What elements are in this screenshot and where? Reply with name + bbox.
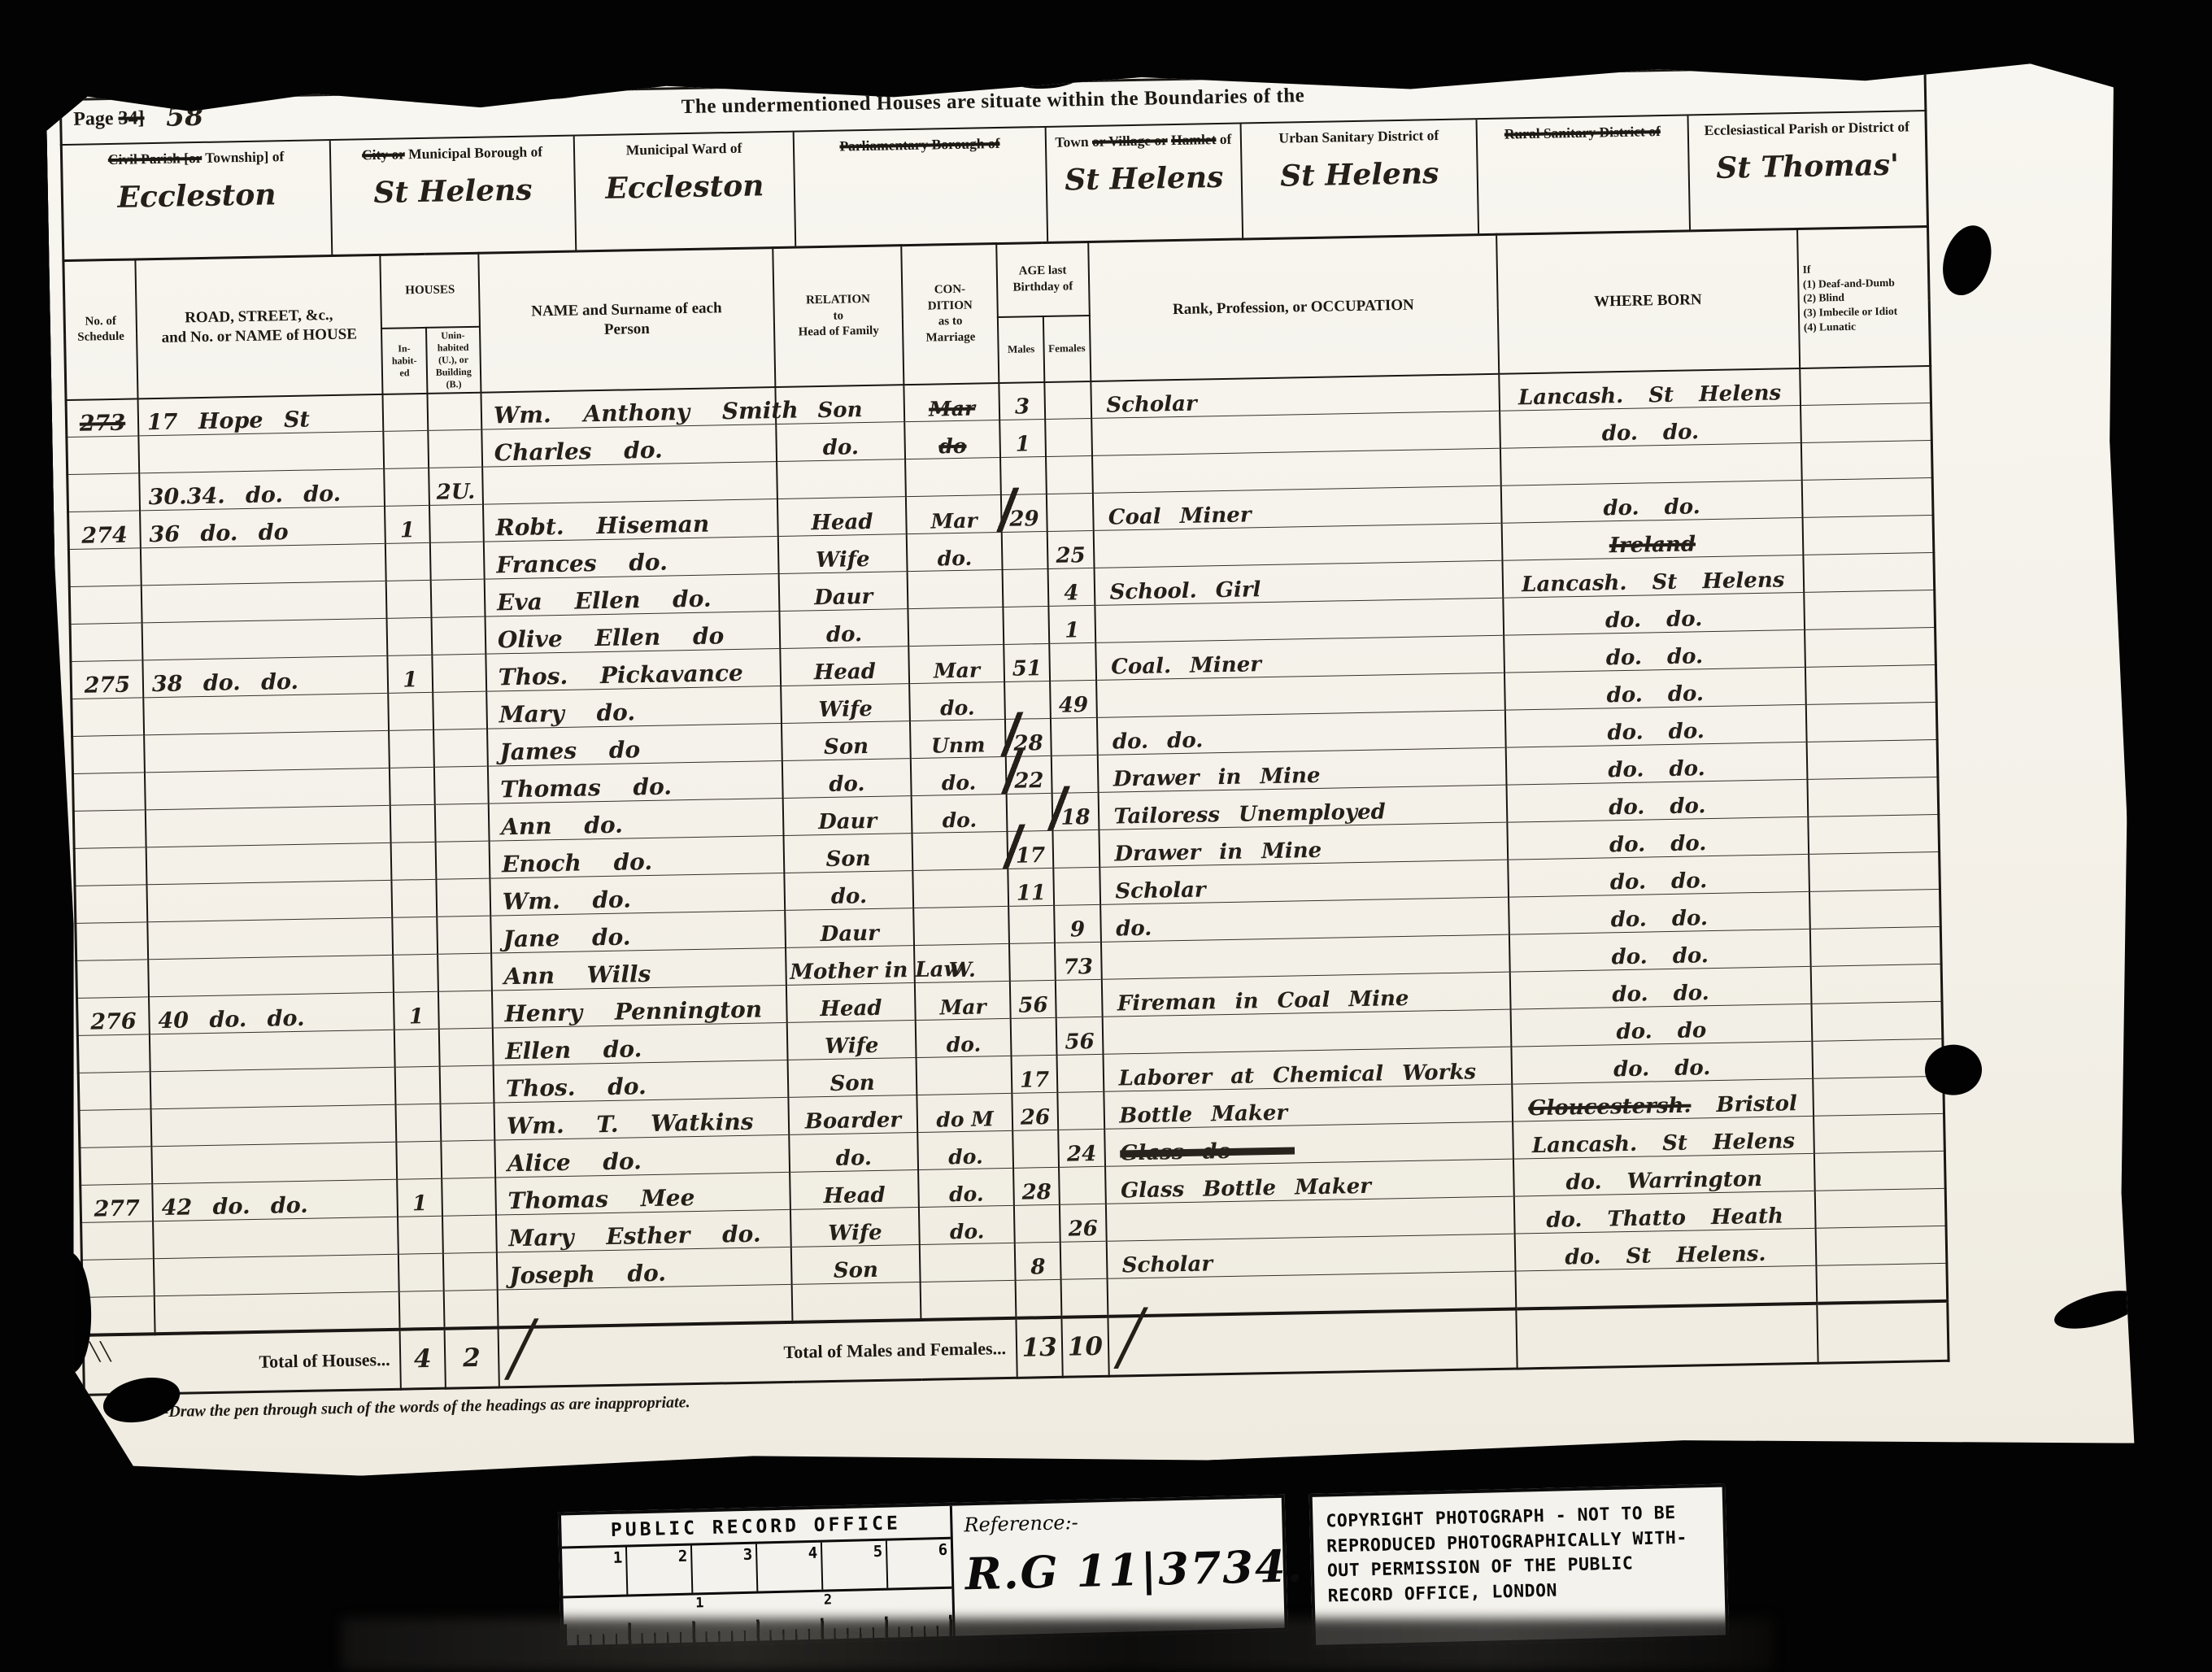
cell-infirmity	[1814, 1188, 1946, 1228]
cell-name: Wm. do.	[490, 873, 785, 916]
cell-relation	[777, 459, 907, 499]
col-header-infirmity: If(1) Deaf-and-Dumb(2) Blind(3) Imbecile…	[1797, 227, 1931, 368]
cell-uninhabited	[438, 953, 492, 991]
cell-condition: W.	[914, 943, 1009, 982]
cell-infirmity	[1808, 814, 1940, 854]
cell-schedule	[69, 586, 142, 625]
cell-road	[146, 880, 392, 922]
cell-inhabited	[389, 692, 433, 730]
cell-inhabited: 1	[394, 991, 438, 1030]
cell-born: do. Thatto Heath	[1514, 1191, 1816, 1234]
cell-relation: Daur	[778, 572, 908, 612]
cell-age-male	[1016, 1279, 1062, 1317]
cell-age-female: 1	[1049, 605, 1095, 643]
district-label: Municipal Ward of	[575, 139, 793, 161]
district-value: St Helens	[1047, 159, 1241, 197]
cell-age-female	[1051, 717, 1097, 755]
cell-inhabited	[387, 617, 432, 655]
cell-condition	[908, 569, 1003, 608]
cell-condition	[921, 1280, 1016, 1319]
cell-uninhabited	[433, 729, 488, 767]
cell-condition: do.	[919, 1205, 1014, 1244]
cell-road	[138, 431, 384, 473]
cell-infirmity	[1809, 926, 1941, 966]
cell-uninhabited	[427, 392, 481, 430]
cell-condition: do.	[918, 1130, 1013, 1169]
cell-relation: do.	[784, 871, 914, 911]
cell-age-female	[1046, 455, 1092, 494]
cell-infirmity	[1814, 1113, 1945, 1153]
cell-road: 42 do. do.	[152, 1179, 398, 1221]
cell-condition	[908, 607, 1004, 646]
cell-schedule: 275	[71, 660, 143, 699]
cell-born: do. Warrington	[1513, 1153, 1815, 1196]
cell-condition: Mar	[906, 494, 1001, 533]
scan-texture	[342, 1618, 1773, 1670]
cell-age-male: 28	[1013, 1167, 1060, 1205]
district-label: Civil Parish [or Township] of	[63, 147, 329, 170]
cell-age-male: 17	[1011, 1055, 1057, 1093]
cell-born: do. St Helens.	[1515, 1228, 1817, 1271]
cell-age-female	[1058, 1091, 1104, 1130]
cell-name: Alice do.	[494, 1134, 790, 1178]
census-page: Page 34] 58 The undermentioned Houses ar…	[46, 51, 2139, 1481]
scan-blob	[1265, 49, 1339, 80]
census-table: No. ofScheduleROAD, STREET, &c.,and No. …	[62, 225, 1949, 1396]
cell-road: 17 Hope St	[137, 394, 383, 436]
cell-condition	[917, 1056, 1012, 1095]
cell-born: do. do.	[1500, 405, 1801, 448]
cell-inhabited	[385, 542, 430, 581]
cell-name: Jane do.	[490, 910, 786, 953]
cell-age-male	[1011, 1017, 1057, 1056]
cell-age-female	[1057, 1054, 1104, 1092]
cell-uninhabited	[433, 766, 488, 804]
cell-road	[143, 693, 389, 735]
cell-uninhabited	[442, 1252, 497, 1291]
cell-uninhabited	[438, 991, 493, 1029]
cell-born: Ireland	[1502, 517, 1804, 560]
cell-road: 38 do. do.	[142, 655, 388, 698]
district-box-municipal-ward: Municipal Ward ofEccleston	[575, 133, 797, 250]
cell-infirmity	[1804, 590, 1935, 629]
cell-born: do. do.	[1505, 704, 1807, 747]
cell-age-female: 24	[1058, 1129, 1104, 1167]
cell-born: do. do.	[1509, 891, 1810, 934]
cell-condition	[912, 831, 1008, 870]
cell-age-male: 29	[1001, 494, 1047, 532]
cell-born: do. do.	[1501, 480, 1803, 523]
cell-infirmity	[1801, 478, 1933, 518]
cell-inhabited: 1	[388, 655, 433, 693]
cell-name: Charles do.	[481, 425, 777, 468]
cell-condition: do.	[916, 1018, 1011, 1057]
cell-inhabited	[390, 804, 435, 843]
check-mark: ╱	[1115, 1308, 1147, 1369]
col-header-females: Females	[1043, 315, 1091, 381]
cell-condition	[920, 1243, 1015, 1282]
cell-condition	[914, 906, 1009, 945]
cell-inhabited	[396, 1104, 441, 1142]
col-header-born: WHERE BORN	[1496, 229, 1800, 374]
cell-age-male: 8	[1015, 1242, 1061, 1280]
cell-name: Wm. Anthony Smith	[481, 387, 776, 430]
cell-uninhabited	[438, 1028, 493, 1066]
cell-relation: do.	[776, 422, 906, 462]
cell-inhabited	[398, 1216, 442, 1254]
cell-age-male	[1008, 905, 1055, 943]
cell-age-female: 56	[1056, 1017, 1103, 1055]
pro-ruler-number: 3	[692, 1544, 758, 1593]
cell-schedule: 273	[66, 398, 138, 438]
footnote-text: Draw the pen through such of the words o…	[168, 1393, 690, 1421]
cell-born: do. do.	[1506, 742, 1808, 785]
cell-inhabited	[392, 879, 437, 917]
cell-name: Henry Pennington	[492, 985, 787, 1028]
district-label: Rural Sanitary District of	[1478, 122, 1687, 144]
total-uninhabited: 2	[444, 1327, 499, 1388]
cell-infirmity	[1815, 1226, 1947, 1265]
reference-value: R.G 11|3734.	[964, 1540, 1272, 1600]
cell-age-female: 4	[1048, 568, 1095, 606]
cell-born: do. do.	[1506, 779, 1808, 822]
district-box-civil-parish: Civil Parish [or Township] ofEccleston	[63, 141, 333, 259]
cell-born: do. do.	[1507, 816, 1809, 860]
cell-name: Frances do.	[484, 537, 779, 580]
cell-road	[141, 543, 386, 586]
cell-age-female: 9	[1054, 904, 1100, 943]
cell-relation: Daur	[782, 796, 912, 836]
cell-schedule	[81, 1259, 154, 1298]
total-inhabited: 4	[400, 1328, 446, 1389]
cell-infirmity	[1816, 1263, 1948, 1303]
cell-road: 36 do. do	[140, 506, 385, 548]
cell-born	[1515, 1265, 1817, 1308]
cell-relation: Son	[787, 1058, 917, 1098]
cell-uninhabited	[434, 803, 489, 842]
cell-inhabited	[383, 393, 428, 431]
cell-age-male	[1000, 456, 1047, 494]
cell-road: 30.34. do. do.	[139, 468, 385, 511]
cell-age-female	[1049, 642, 1095, 681]
cell-inhabited	[389, 729, 433, 768]
cell-age-female	[1053, 829, 1099, 868]
cell-inhabited	[398, 1253, 443, 1291]
cell-name: Ann do.	[489, 798, 784, 841]
pro-ruler-number: 4	[757, 1543, 823, 1591]
cell-born	[1500, 442, 1802, 485]
cell-schedule	[73, 810, 146, 849]
cell-born: do. do.	[1511, 1041, 1813, 1084]
cell-uninhabited: 2U.	[429, 467, 483, 505]
cell-uninhabited	[440, 1103, 494, 1141]
cell-condition: do.	[907, 532, 1002, 571]
cell-age-male	[1009, 943, 1056, 981]
district-box-rural-sanitary-district: Rural Sanitary District of	[1478, 115, 1692, 233]
cell-age-male: 17	[1007, 830, 1053, 869]
cell-road	[145, 768, 390, 810]
cell-name: James do	[487, 723, 782, 766]
scan-blob	[2050, 1283, 2145, 1336]
check-mark: ╱	[506, 1349, 538, 1350]
cell-born: do. do.	[1504, 667, 1806, 710]
cell-born: do. do	[1510, 1004, 1812, 1047]
col-header-inhabited: In-habit-ed	[381, 327, 427, 394]
district-label: Urban Sanitary District of	[1242, 126, 1476, 148]
cell-relation: Son	[790, 1244, 921, 1284]
cell-relation: Head	[780, 647, 910, 686]
pro-ruler-label: 2	[824, 1591, 833, 1608]
cell-road	[142, 581, 387, 623]
cell-road	[144, 730, 390, 773]
cell-uninhabited	[443, 1290, 498, 1328]
cell-name	[482, 462, 777, 505]
district-value: St Thomas'	[1689, 147, 1926, 185]
cell-schedule	[76, 960, 149, 999]
col-header-age-group: AGE lastBirthday of	[996, 242, 1089, 316]
cell-schedule	[72, 698, 144, 737]
cell-infirmity	[1801, 441, 1933, 481]
cell-inhabited	[393, 917, 438, 955]
cell-condition: do.	[918, 1168, 1013, 1207]
cell-schedule	[79, 1109, 151, 1148]
cell-schedule	[70, 623, 142, 662]
cell-age-female	[1045, 418, 1091, 456]
cell-schedule: 277	[81, 1184, 153, 1223]
cell-name: Wm. T. Watkins	[494, 1097, 789, 1140]
cell-uninhabited	[439, 1065, 494, 1104]
cell-condition: do.	[912, 794, 1007, 833]
cell-road	[151, 1142, 397, 1184]
cell-uninhabited	[432, 654, 486, 692]
cell-infirmity	[1805, 702, 1937, 742]
total-males-females-label: ╱Total of Males and Females...	[498, 1317, 1017, 1387]
cell-road	[150, 1104, 396, 1147]
district-value	[795, 163, 1045, 168]
cell-name: Mary do.	[486, 686, 782, 729]
cell-infirmity	[1809, 851, 1940, 891]
cell-uninhabited	[431, 616, 486, 655]
district-label: Ecclesiastical Parish or District of	[1689, 118, 1925, 140]
cell-uninhabited	[436, 878, 490, 917]
cell-name: Thomas do.	[488, 760, 783, 803]
cell-born: Lancash. St Helens	[1499, 368, 1801, 411]
cell-road: 40 do. do.	[149, 992, 394, 1034]
cell-road	[146, 843, 392, 885]
cell-road	[147, 917, 393, 960]
cell-uninhabited	[442, 1215, 497, 1253]
cell-age-male	[1004, 681, 1051, 719]
cell-condition: Mar	[909, 644, 1004, 683]
cell-born: Gloucestersh. Bristol	[1512, 1078, 1814, 1121]
cell-schedule	[81, 1221, 154, 1261]
cell-uninhabited	[428, 429, 482, 468]
col-header-occupation: Rank, Profession, or OCCUPATION	[1088, 234, 1499, 381]
cell-name: Mary Esther do.	[496, 1209, 791, 1252]
col-header-uninhabited: Unin-habited(U.), orBuilding(B.)	[426, 326, 481, 393]
cell-condition: do M	[917, 1093, 1012, 1132]
district-value: Eccleston	[576, 168, 795, 206]
reference-label: Reference:-	[964, 1506, 1271, 1536]
pro-ruler-number: 2	[627, 1546, 693, 1595]
cell-born: Lancash. St Helens	[1513, 1116, 1814, 1159]
empty-cell	[1516, 1303, 1818, 1369]
cell-road	[153, 1217, 398, 1259]
cell-relation: Wife	[790, 1207, 921, 1247]
cell-relation: Daur	[785, 908, 915, 948]
cell-age-male: 3	[999, 381, 1045, 420]
cell-age-female	[1052, 755, 1098, 793]
cell-infirmity	[1801, 403, 1932, 443]
cell-relation	[791, 1282, 921, 1321]
cell-relation: Mother in Law	[786, 946, 916, 986]
cell-inhabited	[394, 1029, 439, 1067]
col-header-road: ROAD, STREET, &c.,and No. or NAME of HOU…	[135, 255, 383, 398]
cell-infirmity	[1807, 777, 1939, 816]
pro-ruler-number: 5	[822, 1541, 888, 1590]
district-box-urban-sanitary-district: Urban Sanitary District ofSt Helens	[1242, 120, 1480, 237]
cell-name: Joseph do.	[497, 1247, 792, 1290]
cell-inhabited	[393, 954, 438, 992]
cell-age-female	[1059, 1166, 1105, 1204]
cell-age-male	[1012, 1130, 1059, 1168]
cell-born: Lancash. St Helens	[1502, 555, 1804, 598]
check-marks: ╲╲	[89, 1341, 111, 1362]
cell-age-female: 25	[1047, 530, 1094, 568]
cell-born: do. do.	[1508, 854, 1809, 897]
cell-name: Eva Ellen do.	[485, 574, 780, 617]
cell-inhabited	[391, 842, 436, 880]
cell-born: do. do.	[1504, 629, 1805, 673]
cell-relation: Boarder	[788, 1095, 918, 1135]
cell-uninhabited	[441, 1140, 495, 1178]
cell-age-male	[1002, 531, 1048, 569]
cell-uninhabited	[433, 691, 487, 729]
cell-relation: Wife	[777, 534, 908, 574]
cell-age-male	[1007, 793, 1053, 831]
district-value: Eccleston	[63, 176, 331, 216]
district-label: City or Municipal Borough of	[331, 143, 573, 165]
col-header-name: NAME and Surname of eachPerson	[478, 248, 775, 393]
cell-uninhabited	[437, 916, 491, 954]
district-box-ecclesiastical-parish: Ecclesiastical Parish or District ofSt T…	[1688, 111, 1927, 229]
cell-schedule	[80, 1147, 152, 1186]
pro-stamp-reference-box: Reference:- R.G 11|3734.	[950, 1498, 1285, 1636]
scan-blob	[1924, 1044, 1982, 1095]
district-value: St Helens	[332, 172, 575, 210]
cell-age-female	[1047, 493, 1093, 531]
district-label: Town or Village or Hamlet of	[1047, 131, 1240, 152]
cell-inhabited	[386, 580, 431, 618]
cell-inhabited	[397, 1141, 442, 1179]
cell-age-male	[1003, 568, 1049, 607]
cell-schedule	[75, 885, 147, 924]
cell-name	[498, 1284, 793, 1327]
cell-relation: do.	[789, 1133, 919, 1173]
cell-age-female	[1045, 381, 1091, 419]
cell-age-female	[1061, 1278, 1108, 1317]
cell-uninhabited	[435, 841, 490, 879]
pro-ruler-number: 6	[887, 1539, 951, 1588]
col-header-houses-group: HOUSES	[381, 253, 480, 328]
cell-age-female: 26	[1060, 1204, 1106, 1242]
district-box-parliamentary-borough: Parliamentary Borough of	[795, 128, 1049, 246]
scan-blob	[1935, 220, 1999, 302]
cell-inhabited: 1	[385, 505, 429, 543]
cell-relation: do.	[782, 759, 912, 799]
total-males: 13	[1016, 1317, 1063, 1378]
cell-condition: do.	[911, 756, 1006, 795]
cell-age-female	[1060, 1241, 1107, 1279]
cell-schedule	[72, 773, 145, 812]
cell-infirmity	[1805, 627, 1936, 667]
cell-age-female: 73	[1055, 942, 1101, 980]
cell-relation: Son	[782, 721, 912, 761]
empty-cell	[1817, 1300, 1949, 1363]
cell-road	[142, 618, 387, 660]
cell-name: Thos. do.	[494, 1060, 789, 1103]
cell-inhabited	[390, 767, 434, 805]
col-header-males: Males	[998, 316, 1045, 383]
cell-age-male: 11	[1008, 868, 1054, 906]
cell-inhabited: 1	[398, 1178, 442, 1217]
cell-schedule	[74, 847, 146, 886]
cell-uninhabited	[429, 504, 484, 542]
cell-relation: Head	[786, 983, 917, 1023]
cell-relation: Head	[777, 497, 908, 537]
cell-age-male: 51	[1004, 643, 1050, 681]
district-value: St Helens	[1242, 155, 1477, 194]
cell-schedule	[82, 1296, 155, 1335]
cell-name: Ann Wills	[491, 947, 786, 991]
cell-age-male	[1003, 606, 1049, 644]
cell-schedule	[67, 436, 139, 475]
cell-age-female: 18	[1052, 792, 1099, 830]
cell-road	[146, 805, 391, 847]
col-header-relation: RELATIONtoHead of Family	[773, 246, 904, 387]
cell-infirmity	[1812, 1038, 1944, 1078]
cell-age-male: 26	[1012, 1092, 1058, 1130]
cell-age-male: 28	[1005, 718, 1052, 756]
cell-infirmity	[1800, 366, 1931, 406]
cell-infirmity	[1806, 739, 1938, 779]
cell-born: do. do.	[1510, 966, 1812, 1009]
cell-age-male: 22	[1006, 755, 1052, 794]
district-value	[1478, 151, 1687, 155]
cell-schedule	[72, 735, 145, 774]
cell-condition	[913, 869, 1008, 908]
photo-canvas: Page 34] 58 The undermentioned Houses ar…	[0, 0, 2212, 1672]
cell-schedule	[67, 473, 140, 512]
cell-relation: Wife	[786, 1021, 917, 1060]
cell-uninhabited	[442, 1178, 496, 1216]
cell-schedule	[76, 922, 148, 961]
cell-road	[155, 1291, 400, 1334]
cell-schedule: 276	[77, 997, 150, 1036]
total-females: 10	[1062, 1316, 1109, 1377]
cell-infirmity	[1814, 1151, 1946, 1191]
cell-inhabited	[385, 468, 429, 506]
cell-infirmity	[1805, 664, 1937, 704]
cell-schedule	[77, 1034, 150, 1073]
cell-relation: Wife	[781, 684, 911, 724]
total-check-cell: ╱	[1108, 1308, 1517, 1376]
cell-name: Enoch do.	[490, 835, 785, 878]
cell-infirmity	[1809, 889, 1941, 929]
cell-road	[150, 1030, 395, 1072]
cell-relation: do.	[779, 609, 909, 649]
col-header-condition: CON-DITIONas toMarriage	[902, 244, 999, 385]
